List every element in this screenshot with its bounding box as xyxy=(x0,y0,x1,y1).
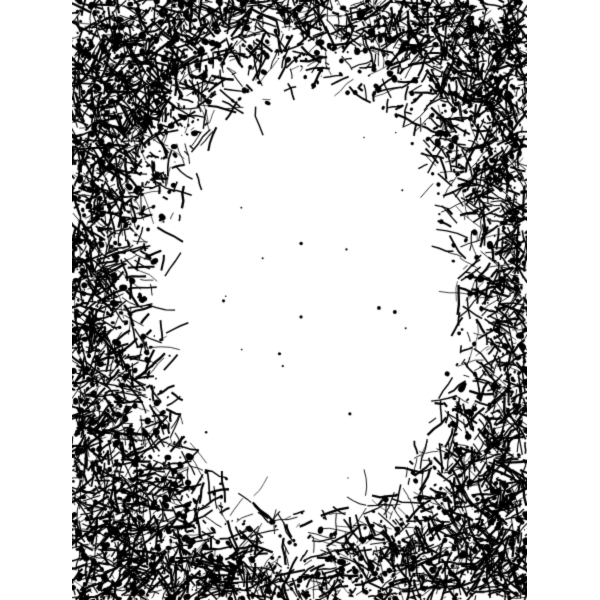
grunge-texture-canvas xyxy=(72,0,527,600)
grunge-frame-artwork xyxy=(72,0,527,600)
